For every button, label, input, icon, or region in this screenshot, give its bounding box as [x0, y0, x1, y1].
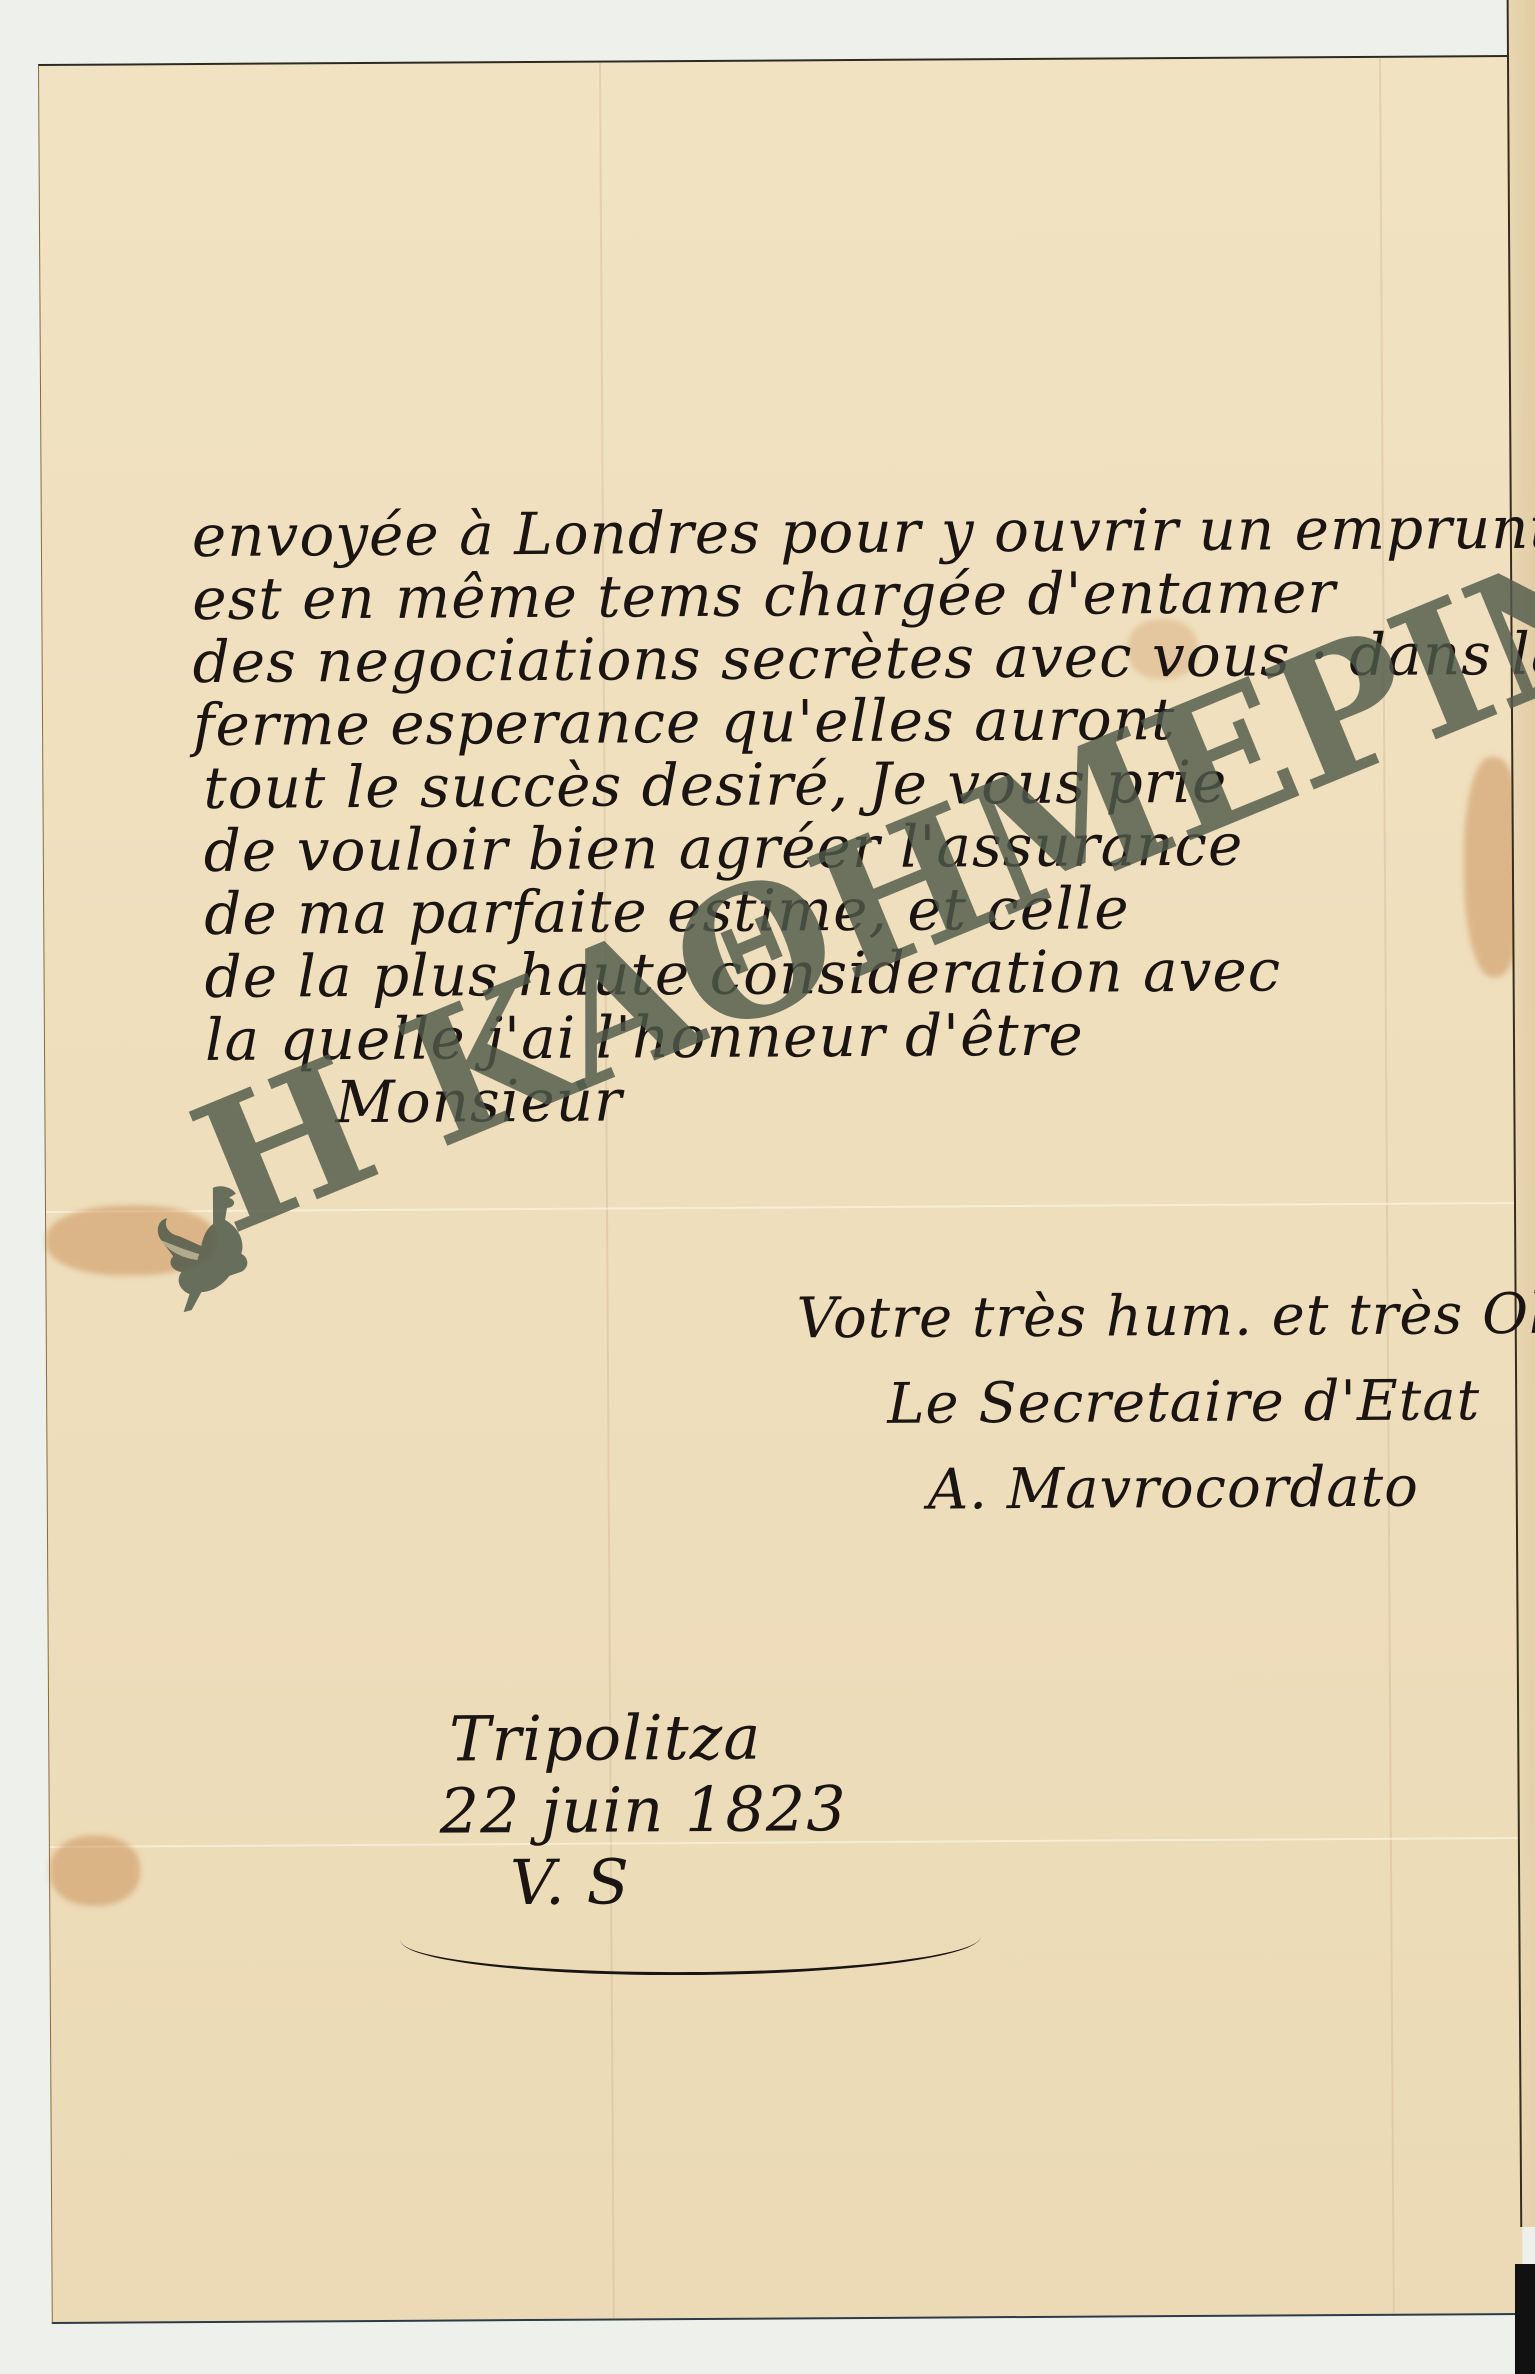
- body-line: ferme esperance qu'elles auront: [193, 686, 1523, 757]
- body-line: de ma parfaite estime, et celle: [194, 875, 1524, 946]
- body-line: la quelle j'ai l'honneur d'être: [195, 1001, 1525, 1072]
- salutation: Monsieur: [195, 1064, 1525, 1135]
- fold-line-vertical: [1379, 58, 1395, 2314]
- body-line: des negociations secrètes avec vous · da…: [192, 623, 1522, 694]
- griffin-logo-icon: [141, 1180, 272, 1331]
- body-line: de la plus haute consideration avec: [194, 938, 1524, 1009]
- flourish: [400, 1900, 980, 1977]
- signer-name: A. Mavrocordato: [797, 1443, 1535, 1534]
- signature-block: Votre très hum. et très Ob. Sr Le Secret…: [796, 1271, 1535, 1534]
- date: 22 juin 1823: [439, 1773, 846, 1847]
- body-line: de vouloir bien agréer l'assurance: [194, 812, 1524, 883]
- signer-title: Le Secretaire d'Etat: [797, 1357, 1535, 1448]
- closing-formula: Votre très hum. et très Ob. Sr: [796, 1271, 1535, 1362]
- body-line: tout le succès desiré, Je vous prie: [193, 749, 1523, 820]
- letter-body: envoyée à Londres pour y ouvrir un empru…: [192, 497, 1526, 1135]
- water-stain: [50, 1835, 140, 1906]
- letter-sheet: envoyée à Londres pour y ouvrir un empru…: [38, 55, 1523, 2324]
- place: Tripolitza: [449, 1701, 846, 1775]
- scan-edge-shadow: [1515, 2264, 1535, 2374]
- dateline: Tripolitza 22 juin 1823 V. S: [449, 1701, 847, 1919]
- fold-line-vertical: [599, 63, 615, 2319]
